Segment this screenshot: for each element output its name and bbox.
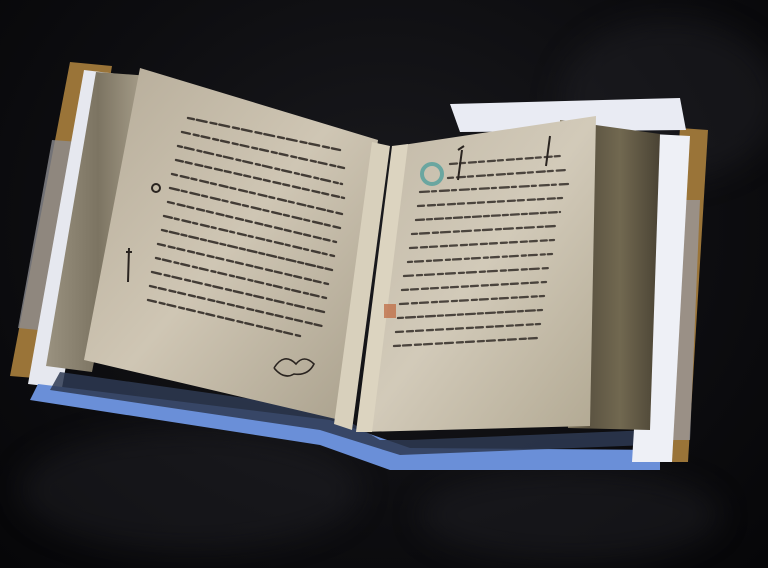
manuscript-book — [0, 0, 768, 568]
rubric-mark — [384, 304, 396, 318]
photo-scene — [0, 0, 768, 568]
